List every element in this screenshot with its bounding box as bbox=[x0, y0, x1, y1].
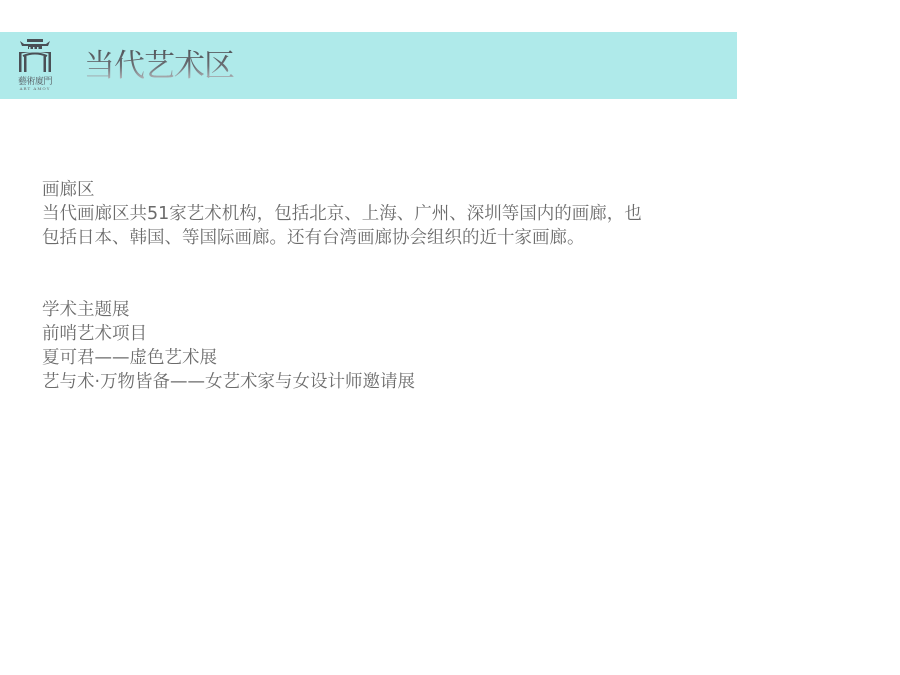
pavilion-gate-icon bbox=[10, 38, 60, 74]
list-item: 夏可君——虚色艺术展 bbox=[42, 346, 742, 370]
section-heading: 学术主题展 bbox=[42, 298, 742, 322]
paragraph-line: 当代画廊区共51家艺术机构，包括北京、上海、广州、深圳等国内的画廊，也 bbox=[42, 202, 742, 226]
art-amoy-logo: 藝術廈門 ART AMOY bbox=[10, 38, 60, 94]
section-academic-exhibitions: 学术主题展 前哨艺术项目 夏可君——虚色艺术展 艺与术·万物皆备——女艺术家与女… bbox=[42, 298, 742, 394]
list-item: 艺与术·万物皆备——女艺术家与女设计师邀请展 bbox=[42, 370, 742, 394]
section-gallery-zone: 画廊区 当代画廊区共51家艺术机构，包括北京、上海、广州、深圳等国内的画廊，也 … bbox=[42, 178, 742, 250]
spacer bbox=[42, 250, 742, 298]
section-heading: 画廊区 bbox=[42, 178, 742, 202]
content-body: 画廊区 当代画廊区共51家艺术机构，包括北京、上海、广州、深圳等国内的画廊，也 … bbox=[42, 178, 742, 394]
logo-english-text: ART AMOY bbox=[10, 86, 60, 91]
list-item: 前哨艺术项目 bbox=[42, 322, 742, 346]
header-banner: 藝術廈門 ART AMOY 当代艺术区 bbox=[0, 32, 737, 99]
paragraph-line: 包括日本、韩国、等国际画廊。还有台湾画廊协会组织的近十家画廊。 bbox=[42, 226, 742, 250]
page-title: 当代艺术区 bbox=[84, 48, 234, 84]
